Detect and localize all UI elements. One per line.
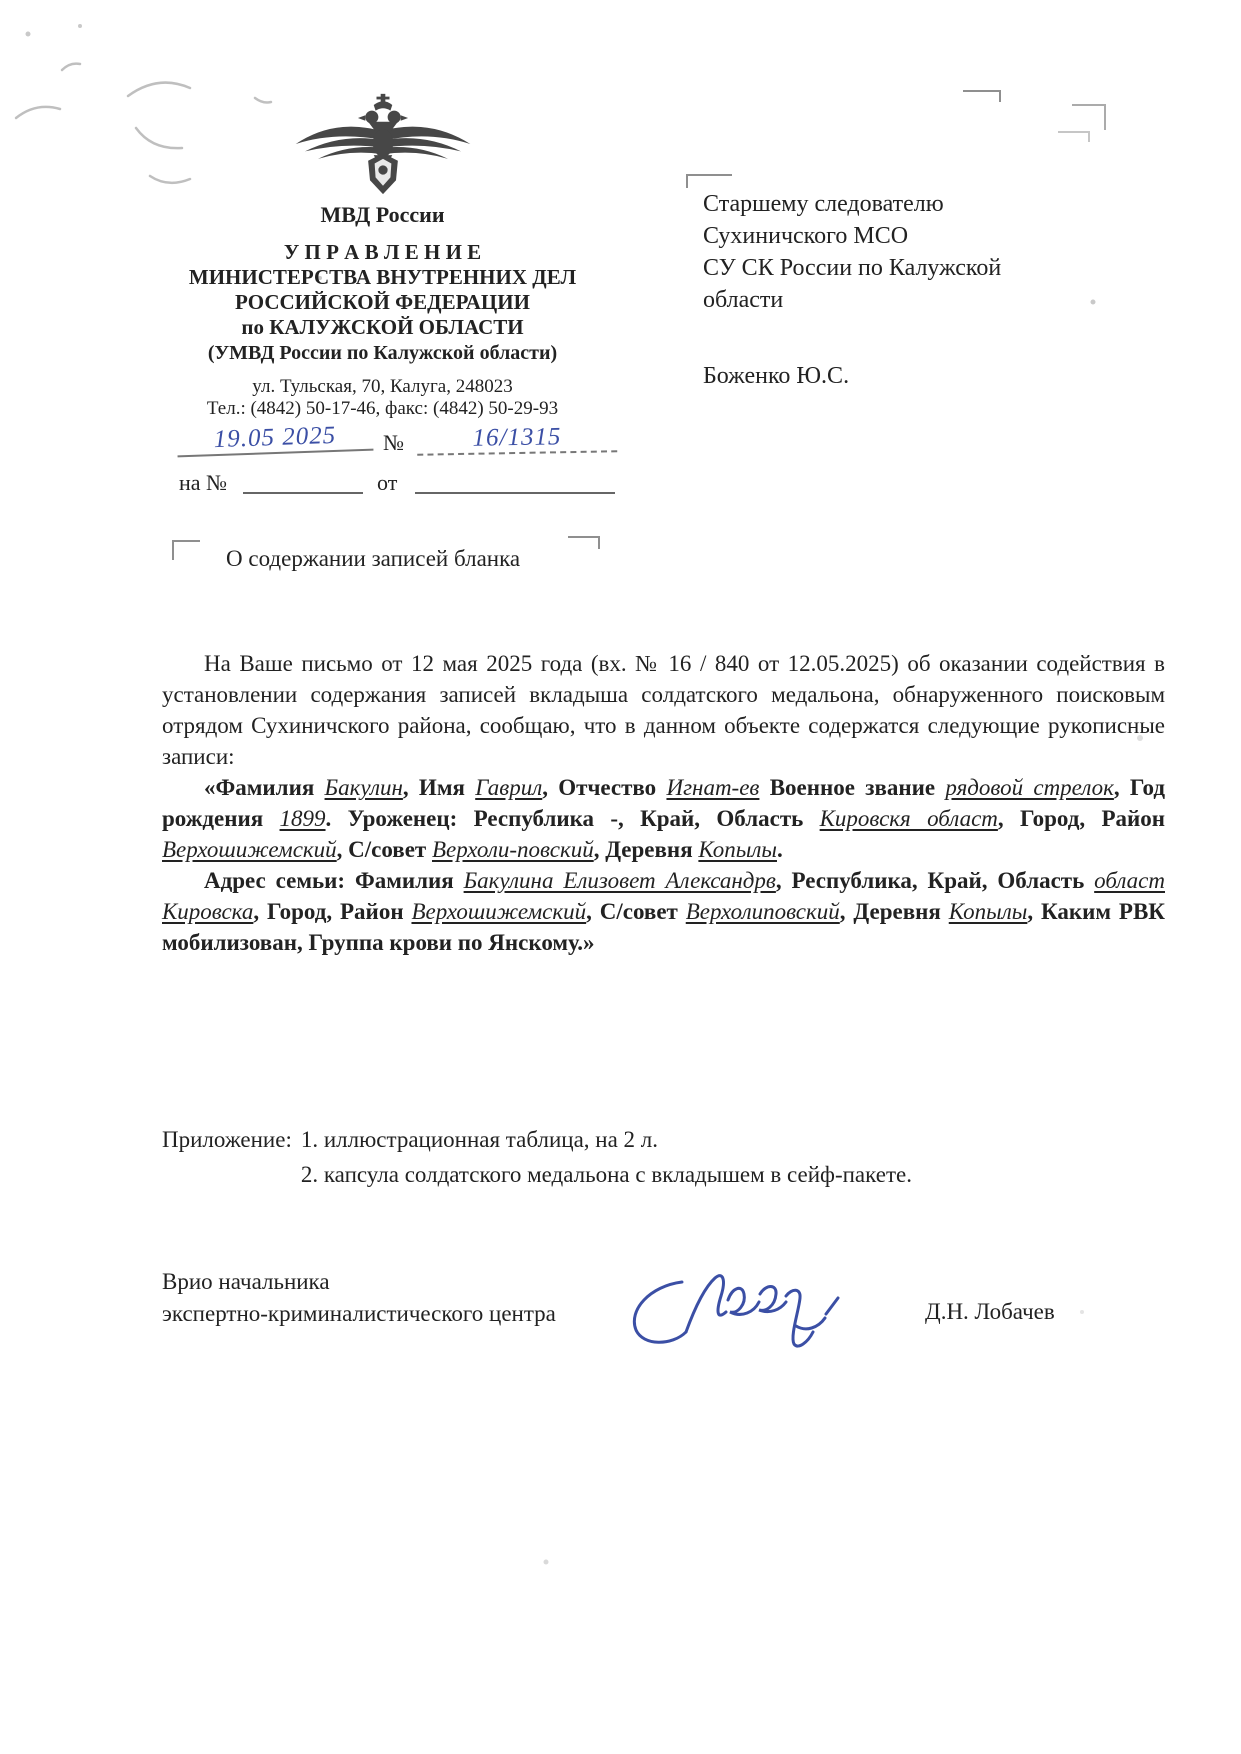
transcribed-entry-value: Бакулина Елизовет Александрв: [464, 868, 776, 893]
form-field-label: . Уроженец: Республика -, Край, Область: [326, 806, 820, 831]
letter-body: На Ваше письмо от 12 мая 2025 года (вх. …: [162, 648, 1165, 958]
signature-block: Врио начальника экспертно-криминалистиче…: [162, 1266, 1165, 1330]
signer-name: Д.Н. Лобачев: [925, 1296, 1055, 1328]
transcribed-entry-value: 1899: [280, 806, 326, 831]
form-field-label: «Фамилия: [204, 775, 325, 800]
addressee-name: Боженко Ю.С.: [703, 360, 1083, 392]
transcribed-entry-value: Бакулин: [325, 775, 403, 800]
transcribed-entry-value: Верхошижемский: [411, 899, 586, 924]
org-phone: Тел.: (4842) 50-17-46, факс: (4842) 50-2…: [155, 398, 610, 420]
incoming-reference-row: на № от: [155, 468, 610, 502]
crop-mark-icon: [568, 536, 600, 549]
org-title-line: РОССИЙСКОЙ ФЕДЕРАЦИИ: [155, 290, 610, 315]
form-field-label: , Деревня: [594, 837, 699, 862]
outgoing-reference-row: 19.05 2025 № 16/1315: [155, 428, 610, 464]
attachment-item: 1. иллюстрационная таблица, на 2 л.: [301, 1122, 912, 1157]
incoming-date-blank-line: [415, 492, 615, 494]
org-short-name: МВД России: [155, 202, 610, 228]
transcribed-entry-value: Верхоли-повский: [432, 837, 594, 862]
org-title-line: У П Р А В Л Е Н И Е: [155, 240, 610, 265]
form-field-label: Военное звание: [759, 775, 945, 800]
form-field-label: , Деревня: [840, 899, 949, 924]
form-field-label: , С/совет: [337, 837, 432, 862]
form-field-label: , С/совет: [586, 899, 686, 924]
transcribed-entry-value: рядовой стрелок: [945, 775, 1114, 800]
intro-paragraph: На Ваше письмо от 12 мая 2025 года (вх. …: [162, 648, 1165, 772]
form-field-label: .: [777, 837, 783, 862]
form-field-label: , Город, Район: [253, 899, 411, 924]
transcribed-entry-value: Копылы: [698, 837, 777, 862]
addressee-line: Старшему следователю: [703, 188, 1083, 220]
form-field-label: , Республика, Край, Область: [776, 868, 1094, 893]
form-field-label: Адрес семьи: Фамилия: [204, 868, 464, 893]
letterhead: МВД России У П Р А В Л Е Н И Е МИНИСТЕРС…: [155, 92, 610, 502]
incoming-date-label: от: [377, 470, 397, 496]
crop-mark-icon: [1058, 131, 1090, 142]
crop-mark-icon: [686, 174, 732, 188]
addressee-block: Старшему следователю Сухиничского МСО СУ…: [703, 188, 1083, 392]
incoming-ref-label: на №: [179, 470, 227, 496]
transcribed-entry-value: Игнат-ев: [666, 775, 759, 800]
attachment-label: Приложение:: [162, 1122, 292, 1192]
org-address: ул. Тульская, 70, Калуга, 248023: [155, 376, 610, 398]
outgoing-date-handwriting: 19.05 2025: [177, 421, 374, 458]
form-field-label: , Отчество: [542, 775, 666, 800]
crop-mark-icon: [963, 90, 1001, 102]
incoming-number-blank-line: [243, 492, 363, 494]
crop-mark-icon: [172, 540, 200, 560]
org-title-line: по КАЛУЖСКОЙ ОБЛАСТИ: [155, 315, 610, 340]
org-title-line: МИНИСТЕРСТВА ВНУТРЕННИХ ДЕЛ: [155, 265, 610, 290]
form-field-label: , Город, Район: [998, 806, 1165, 831]
outgoing-number-handwriting: 16/1315: [417, 422, 617, 455]
transcribed-entry-value: Копылы: [949, 899, 1028, 924]
addressee-line: СУ СК России по Калужской области: [703, 252, 1083, 316]
crop-mark-icon: [1072, 104, 1106, 130]
family-address-paragraph: Адрес семьи: Фамилия Бакулина Елизовет А…: [162, 865, 1165, 958]
transcribed-entry-value: Верхолиповский: [686, 899, 840, 924]
transcribed-entry-value: Гаврил: [475, 775, 542, 800]
form-field-label: , Имя: [403, 775, 475, 800]
signature-icon: [620, 1252, 850, 1362]
mvd-eagle-emblem-icon: [290, 92, 476, 196]
addressee-line: Сухиничского МСО: [703, 220, 1083, 252]
org-abbrev-line: (УМВД России по Калужской области): [155, 340, 610, 366]
attachment-item: 2. капсула солдатского медальона с вклад…: [301, 1157, 912, 1192]
transcribed-entry-value: Кировскя област: [820, 806, 998, 831]
letter-subject: О содержании записей бланка: [226, 546, 520, 572]
attachment-items: 1. иллюстрационная таблица, на 2 л. 2. к…: [301, 1122, 912, 1192]
scanned-letter-page: МВД России У П Р А В Л Е Н И Е МИНИСТЕРС…: [0, 0, 1241, 1754]
number-sign-label: №: [383, 430, 404, 456]
attachment-block: Приложение: 1. иллюстрационная таблица, …: [162, 1122, 912, 1192]
transcribed-entry-value: Верхошижемский: [162, 837, 337, 862]
medallion-record-paragraph: «Фамилия Бакулин, Имя Гаврил, Отчество И…: [162, 772, 1165, 865]
